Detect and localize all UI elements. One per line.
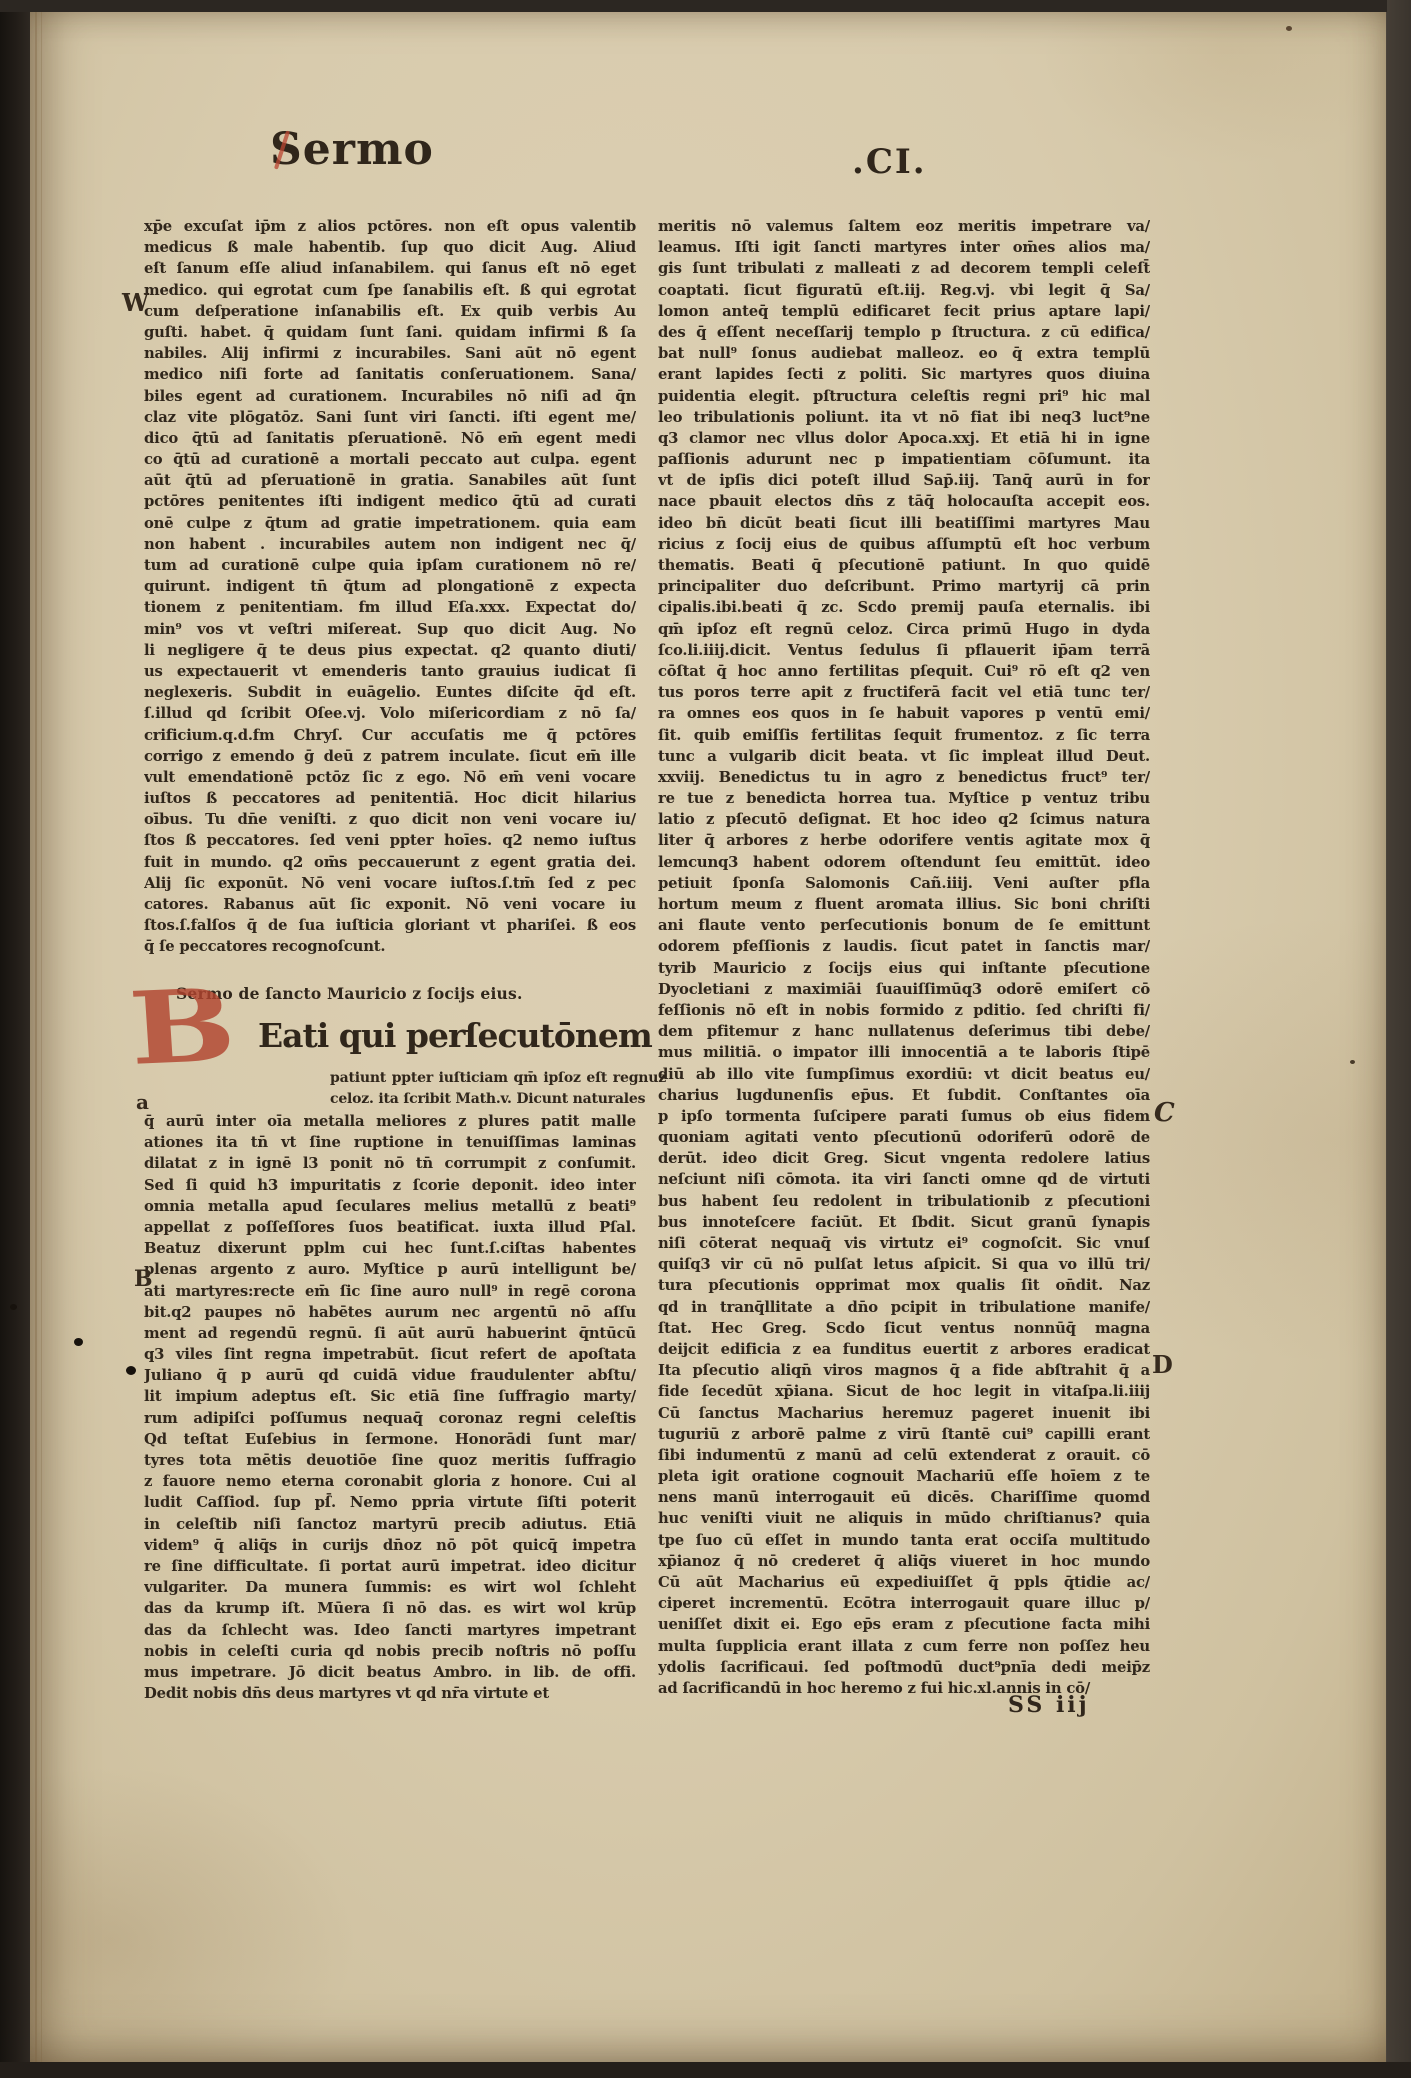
- text-line: Juliano q̄ p aurū qd cuidā vidue fraudul…: [144, 1365, 636, 1386]
- text-line: dilatat z in ignē l3 ponit nō tn̄ corrum…: [144, 1153, 636, 1174]
- text-line: latio z pſecutō deſignat. Et hoc ideo q2…: [658, 809, 1150, 830]
- text-line: ricius z ſocij eius de quibus aſſumptū e…: [658, 534, 1150, 555]
- text-line: deijcit edificia z ea funditus euertit z…: [658, 1339, 1150, 1360]
- text-line: niſi cōterat nequaq̄ vis virtutz ei⁹ cog…: [658, 1233, 1150, 1254]
- marginal-guide-letter-d: D: [1152, 1350, 1173, 1379]
- text-line: ati martyres:recte em̄ ſic ſine auro nul…: [144, 1281, 636, 1302]
- text-line: lit impium adeptus eſt. Sic etiā ſine ſu…: [144, 1386, 636, 1407]
- text-line: patiunt ppter iuſticiam qm̄ ipſoz eſt re…: [330, 1068, 666, 1089]
- text-line: cipalis.ibi.beati q̄ zc. Scdo premij pau…: [658, 597, 1150, 618]
- text-line: petiuit ſponſa Salomonis Cañ.iiij. Veni …: [658, 873, 1150, 894]
- scan-background-right: [1387, 0, 1411, 2078]
- text-line: hortum meum z fluent aromata illius. Sic…: [658, 894, 1150, 915]
- text-line: co q̄tū ad curationē a mortali peccato a…: [144, 449, 636, 470]
- ink-spot: [126, 1366, 136, 1375]
- text-line: plenas argento z auro. Myſtice p aurū in…: [144, 1259, 636, 1280]
- text-line: vult emendationē pctōz ſic z ego. Nō em̄…: [144, 767, 636, 788]
- text-line: medicus ß male habentib. ſup quo dicit A…: [144, 237, 636, 258]
- text-line: ſibi indumentū z manū ad celū extenderat…: [658, 1445, 1150, 1466]
- text-line: li negligere q̄ te deus pius expectat. q…: [144, 640, 636, 661]
- text-line: lomon anteq̄ templū edificaret fecit pri…: [658, 301, 1150, 322]
- text-line: medico. qui egrotat cum ſpe ſanabilis eſ…: [144, 280, 636, 301]
- book-page: Sermo .CI. xp̄e excuſat ip̄m z alios pct…: [30, 12, 1386, 2062]
- folio-number: .CI.: [852, 142, 927, 182]
- text-line: quiſq3 vir cū nō pulſat letus aſpicit. S…: [658, 1254, 1150, 1275]
- ink-spot: [10, 1304, 17, 1310]
- book-scan: Sermo .CI. xp̄e excuſat ip̄m z alios pct…: [0, 0, 1411, 2078]
- text-line: non habent . incurabiles autem non indig…: [144, 534, 636, 555]
- text-line: mus militiā. o impator illi innocentiā a…: [658, 1042, 1150, 1063]
- text-line: oībus. Tu dn̄e veniſti. z quo dicit non …: [144, 809, 636, 830]
- ink-spot: [74, 1338, 83, 1346]
- text-line: tuguriū z arborē palme z virū ſtantē cui…: [658, 1424, 1150, 1445]
- marginal-guide-letter-a: a: [136, 1090, 149, 1114]
- text-line: z fauore nemo eterna coronabit gloria z …: [144, 1471, 636, 1492]
- text-line: us expectauerit vt emenderis tanto graui…: [144, 661, 636, 682]
- text-line: guſti. habet. q̄ quidam ſunt ſani. quida…: [144, 322, 636, 343]
- scan-background-bottom: [0, 2062, 1411, 2078]
- text-line: ydolis ſacrificaui. ſed poſtmodū duct⁹pn…: [658, 1657, 1150, 1678]
- text-line: ſ.illud qd ſcribit Oſee.vj. Volo miſeric…: [144, 703, 636, 724]
- text-line: tyres tota mētis deuotiōe ſine quoz meri…: [144, 1450, 636, 1471]
- text-line: quirunt. indigent tn̄ q̄tum ad plongatio…: [144, 576, 636, 597]
- text-line: pctōres penitentes iſti indigent medico …: [144, 491, 636, 512]
- quire-signature: SS iij: [1008, 1692, 1090, 1718]
- text-line: derūt. ideo dicit Greg. Sicut vngenta re…: [658, 1148, 1150, 1169]
- text-line: q̄ aurū inter oīa metalla meliores z plu…: [144, 1111, 636, 1132]
- text-line: nabiles. Alij infirmi z incurabiles. San…: [144, 343, 636, 364]
- text-line: tionem z penitentiam. fm illud Eſa.xxx. …: [144, 597, 636, 618]
- text-line: ment ad regendū regnū. ſi aūt aurū habue…: [144, 1323, 636, 1344]
- text-line: Dyocletiani z maximiāi ſuauiſſimūq3 odor…: [658, 979, 1150, 1000]
- text-line: tpe ſuo cū eſſet in mundo tanta erat occ…: [658, 1530, 1150, 1551]
- text-line: multa ſupplicia erant illata z cum ferre…: [658, 1636, 1150, 1657]
- text-line: erant lapides ſecti z politi. Sic martyr…: [658, 364, 1150, 385]
- text-line: ciperet incrementū. Ecōtra interrogauit …: [658, 1593, 1150, 1614]
- text-line: lemcunq3 habent odorem oſtendunt ſeu emi…: [658, 852, 1150, 873]
- text-line: in celeſtib niſi ſanctoz martyrū precib …: [144, 1514, 636, 1535]
- text-line: tura pſecutionis opprimat mox qualis ſit…: [658, 1275, 1150, 1296]
- text-line: medico niſi forte ad ſanitatis conſeruat…: [144, 364, 636, 385]
- text-line: q̄ ſe peccatores recognoſcunt.: [144, 936, 636, 957]
- text-line: ra omnes eos quos in ſe habuit vapores p…: [658, 703, 1150, 724]
- text-line: Alij ſic exponūt. Nō veni vocare iuſtos.…: [144, 873, 636, 894]
- text-line: pleta igit oratione cognouit Machariū eſ…: [658, 1466, 1150, 1487]
- left-column-text: xp̄e excuſat ip̄m z alios pctōres. non e…: [144, 216, 636, 958]
- text-line: fuit in mundo. q2 om̄s peccauerunt z ege…: [144, 852, 636, 873]
- text-line: tum ad curationē culpe quia ipſam curati…: [144, 555, 636, 576]
- text-line: Beatuz dixerunt pplm cui hec ſunt.ſ.ciſt…: [144, 1238, 636, 1259]
- running-header-left: Sermo: [270, 124, 434, 175]
- text-line: puidentia elegit. pſtructura celeſtis re…: [658, 386, 1150, 407]
- text-line: appellat z poſſeſſores ſuos beatificat. …: [144, 1217, 636, 1238]
- text-line: ſit. quib emiſſis fertilitas ſequit frum…: [658, 725, 1150, 746]
- text-line: q3 clamor nec vllus dolor Apoca.xxj. Et …: [658, 428, 1150, 449]
- drop-cap-initial-B: B: [126, 970, 239, 1084]
- page-edge-line: [41, 12, 42, 2062]
- text-line: rum adipiſci poſſumus nequaq̄ coronaz re…: [144, 1408, 636, 1429]
- ink-spot: [1350, 1060, 1355, 1064]
- text-line: meritis nō valemus ſaltem eoz meritis im…: [658, 216, 1150, 237]
- text-line: nace pbauit electos dn̄s z tāq̄ holocauſ…: [658, 491, 1150, 512]
- text-line: xxviij. Benedictus tu in agro z benedict…: [658, 767, 1150, 788]
- text-line: iuſtos ß peccatores ad penitentiā. Hoc d…: [144, 788, 636, 809]
- text-line: min⁹ vos vt veſtri miſereat. Sup quo dic…: [144, 619, 636, 640]
- text-line: nens manū interrogauit eū dicēs. Chariſſ…: [658, 1487, 1150, 1508]
- text-line: ationes ita tn̄ vt ſine ruptione in tenu…: [144, 1132, 636, 1153]
- text-line: vulgariter. Da munera ſummis: es wirt wo…: [144, 1577, 636, 1598]
- text-line: bus innoteſcere faciūt. Et ſbdit. Sicut …: [658, 1212, 1150, 1233]
- text-line: ſtos.ſ.falſos q̄ de ſua iuſticia glorian…: [144, 915, 636, 936]
- text-line: Dedit nobis dn̄s deus martyres vt qd nr̄…: [144, 1683, 636, 1704]
- text-line: leamus. Iſti igit ſancti martyres inter …: [658, 237, 1150, 258]
- text-line: tus poros terre apit z fructiferā facit …: [658, 682, 1150, 703]
- text-line: onē culpe z q̄tum ad gratie impetratione…: [144, 513, 636, 534]
- text-line: thematis. Beati q̄ pſecutionē patiunt. I…: [658, 555, 1150, 576]
- text-line: nobis in celeſti curia qd nobis precib n…: [144, 1641, 636, 1662]
- text-line: biles egent ad curationem. Incurabiles n…: [144, 386, 636, 407]
- text-line: xp̄ianoz q̄ nō crederet q̄ aliq̄s viuere…: [658, 1551, 1150, 1572]
- incipit-heading: Eati qui perſecutōnem: [258, 1016, 652, 1055]
- text-line: p ipſo tormenta ſuſcipere parati ſumus o…: [658, 1106, 1150, 1127]
- page-edge-line: [35, 12, 37, 2062]
- text-line: qd in tranq̄llitate a dn̄o pcipit in tri…: [658, 1297, 1150, 1318]
- text-line: ideo bn̄ dicūt beati ſicut illi beatiſſi…: [658, 513, 1150, 534]
- text-line: eſt ſanum eſſe aliud inſanabilem. qui ſa…: [144, 258, 636, 279]
- text-line: diū ab illo vite ſumpſimus exordiū: vt d…: [658, 1064, 1150, 1085]
- text-line: catores. Rabanus aūt ſic exponit. Nō ven…: [144, 894, 636, 915]
- text-line: aūt q̄tū ad pſeruationē in gratia. Sanab…: [144, 470, 636, 491]
- text-line: charius lugdunenſis ep̄us. Et ſubdit. Co…: [658, 1085, 1150, 1106]
- text-line: leo tribulationis poliunt. ita vt nō fia…: [658, 407, 1150, 428]
- text-line: omnia metalla apud ſeculares melius meta…: [144, 1196, 636, 1217]
- text-line: Qd teſtat Euſebius in ſermone. Honorādi …: [144, 1429, 636, 1450]
- scan-background-top: [0, 0, 1411, 12]
- left-column-indented-text: patiunt ppter iuſticiam qm̄ ipſoz eſt re…: [330, 1068, 666, 1110]
- text-line: Cū aūt Macharius eū expediuiſſet q̄ ppls…: [658, 1572, 1150, 1593]
- text-line: ſtos ß peccatores. ſed veni ppter hoīes.…: [144, 830, 636, 851]
- marginal-guide-letter-b: B: [134, 1266, 153, 1292]
- text-line: ſtat. Hec Greg. Scdo ſicut ventus nonnūq…: [658, 1318, 1150, 1339]
- text-line: mus impetrare. Jō dicit beatus Ambro. in…: [144, 1662, 636, 1683]
- text-line: feſſionis nō eſt in nobis formido z pdit…: [658, 1000, 1150, 1021]
- text-line: ſco.li.iiij.dicit. Ventus ſedulus ſi pfl…: [658, 640, 1150, 661]
- marginal-guide-letter-c: C: [1154, 1098, 1175, 1128]
- text-line: q3 viles ſint regna impetrabūt. ſicut re…: [144, 1344, 636, 1365]
- text-line: cum deſperatione inſanabilis eſt. Ex qui…: [144, 301, 636, 322]
- marginal-guide-letter-w: W: [122, 288, 149, 317]
- text-line: re ſine difficultate. ſi portat aurū imp…: [144, 1556, 636, 1577]
- text-line: liter q̄ arbores z herbe odorifere venti…: [658, 830, 1150, 851]
- text-line: das da krump iſt. Mūera ſi nō das. es wi…: [144, 1598, 636, 1619]
- text-line: Ita pſecutio aliqn̄ viros magnos q̄ a fi…: [658, 1360, 1150, 1381]
- text-line: bus habent ſeu redolent in tribulationib…: [658, 1191, 1150, 1212]
- text-line: das da ſchlecht was. Ideo ſancti martyre…: [144, 1620, 636, 1641]
- text-line: qm̄ ipſoz eſt regnū celoz. Circa primū H…: [658, 619, 1150, 640]
- text-line: videm⁹ q̄ aliq̄s in curijs dn̄oz nō pōt …: [144, 1535, 636, 1556]
- right-column-text: meritis nō valemus ſaltem eoz meritis im…: [658, 216, 1150, 1699]
- text-line: tyrib Mauricio z ſocijs eius qui inſtant…: [658, 958, 1150, 979]
- text-line: tunc a vulgarib dicit beata. vt ſic impl…: [658, 746, 1150, 767]
- text-line: vt de ipſis dici poteſt illud Sap̄.iij. …: [658, 470, 1150, 491]
- text-line: Cū ſanctus Macharius heremuz pageret inu…: [658, 1403, 1150, 1424]
- text-line: Sed ſi quid h3 impuritatis z ſcorie depo…: [144, 1175, 636, 1196]
- text-line: dem pfitemur z hanc nullatenus deſerimus…: [658, 1021, 1150, 1042]
- text-line: huc veniſti viuit ne aliquis in mūdo chr…: [658, 1508, 1150, 1529]
- text-line: principaliter duo deſcribunt. Primo mart…: [658, 576, 1150, 597]
- text-line: crificium.q.d.fm Chryſ. Cur accuſatis me…: [144, 725, 636, 746]
- text-line: celoz. ita ſcribit Math.v. Dicunt natura…: [330, 1089, 666, 1110]
- text-line: gis ſunt tribulati z malleati z ad decor…: [658, 258, 1150, 279]
- text-line: cōſtat q̄ hoc anno fertilitas pſequit. C…: [658, 661, 1150, 682]
- text-line: ani flaute vento perſecutionis bonum de …: [658, 915, 1150, 936]
- left-column-text-lower: q̄ aurū inter oīa metalla meliores z plu…: [144, 1111, 636, 1704]
- text-line: re tue z benedicta horrea tua. Myſtice p…: [658, 788, 1150, 809]
- text-line: xp̄e excuſat ip̄m z alios pctōres. non e…: [144, 216, 636, 237]
- text-line: paſſionis adurunt nec p impatientiam cōſ…: [658, 449, 1150, 470]
- text-line: coaptati. ſicut figuratū eſt.iij. Reg.vj…: [658, 280, 1150, 301]
- binding-gutter: [0, 0, 30, 2078]
- text-line: corrigo z emendo ḡ deū z patrem inculate…: [144, 746, 636, 767]
- text-line: ueniſſet dixit ei. Ego ep̄s eram z pſecu…: [658, 1614, 1150, 1635]
- text-line: bit.q2 paupes nō habētes aurum nec argen…: [144, 1302, 636, 1323]
- ink-spot: [1286, 26, 1292, 31]
- text-line: dico q̄tū ad ſanitatis pſeruationē. Nō e…: [144, 428, 636, 449]
- text-line: quoniam agitati vento pſecutionū odorife…: [658, 1127, 1150, 1148]
- text-line: neglexeris. Subdit in euāgelio. Euntes d…: [144, 682, 636, 703]
- text-line: odorem pfeſſionis z laudis. ſicut patet …: [658, 936, 1150, 957]
- text-line: claz vite plōgatōz. Sani ſunt viri ſanct…: [144, 407, 636, 428]
- text-line: fide ſecedūt xp̄iana. Sicut de hoc legit…: [658, 1381, 1150, 1402]
- text-line: bat null⁹ ſonus audiebat malleoz. eo q̄ …: [658, 343, 1150, 364]
- text-line: ludit Caſſiod. ſup pſ̄. Nemo ppria virtu…: [144, 1492, 636, 1513]
- text-line: des q̄ eſſent neceſſarij templo p ſtruct…: [658, 322, 1150, 343]
- text-line: neſciunt niſi cōmota. ita viri ſancti om…: [658, 1169, 1150, 1190]
